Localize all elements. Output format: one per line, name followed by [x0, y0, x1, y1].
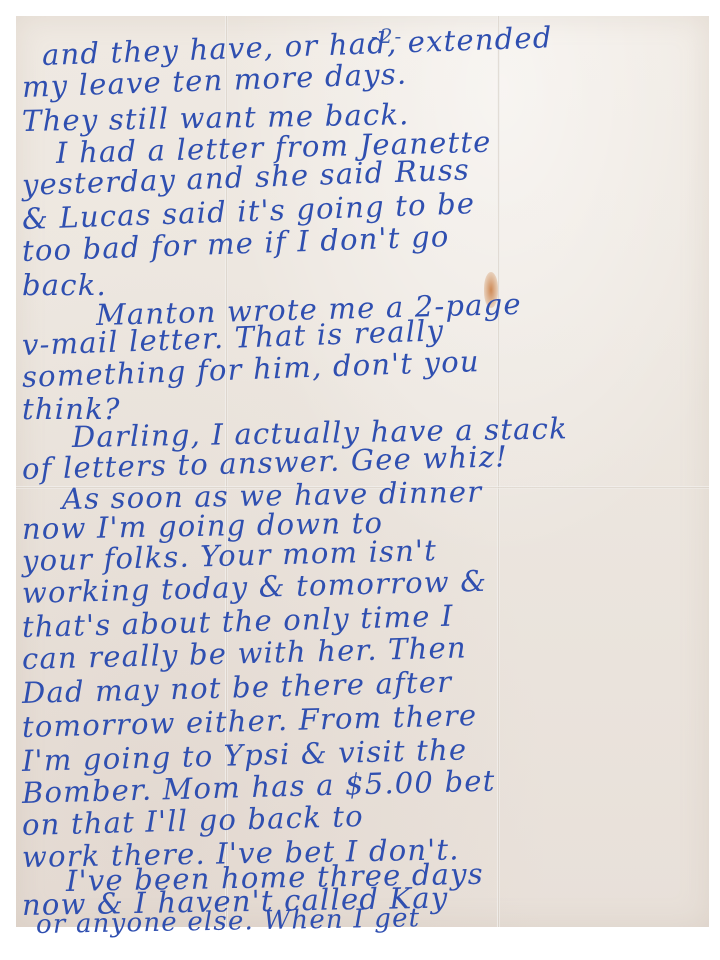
letter-page: -2- and they have, or had, extended my l… — [16, 16, 709, 927]
letter-line: back. — [22, 268, 107, 302]
letter-line: or anyone else. When I get — [36, 903, 421, 940]
